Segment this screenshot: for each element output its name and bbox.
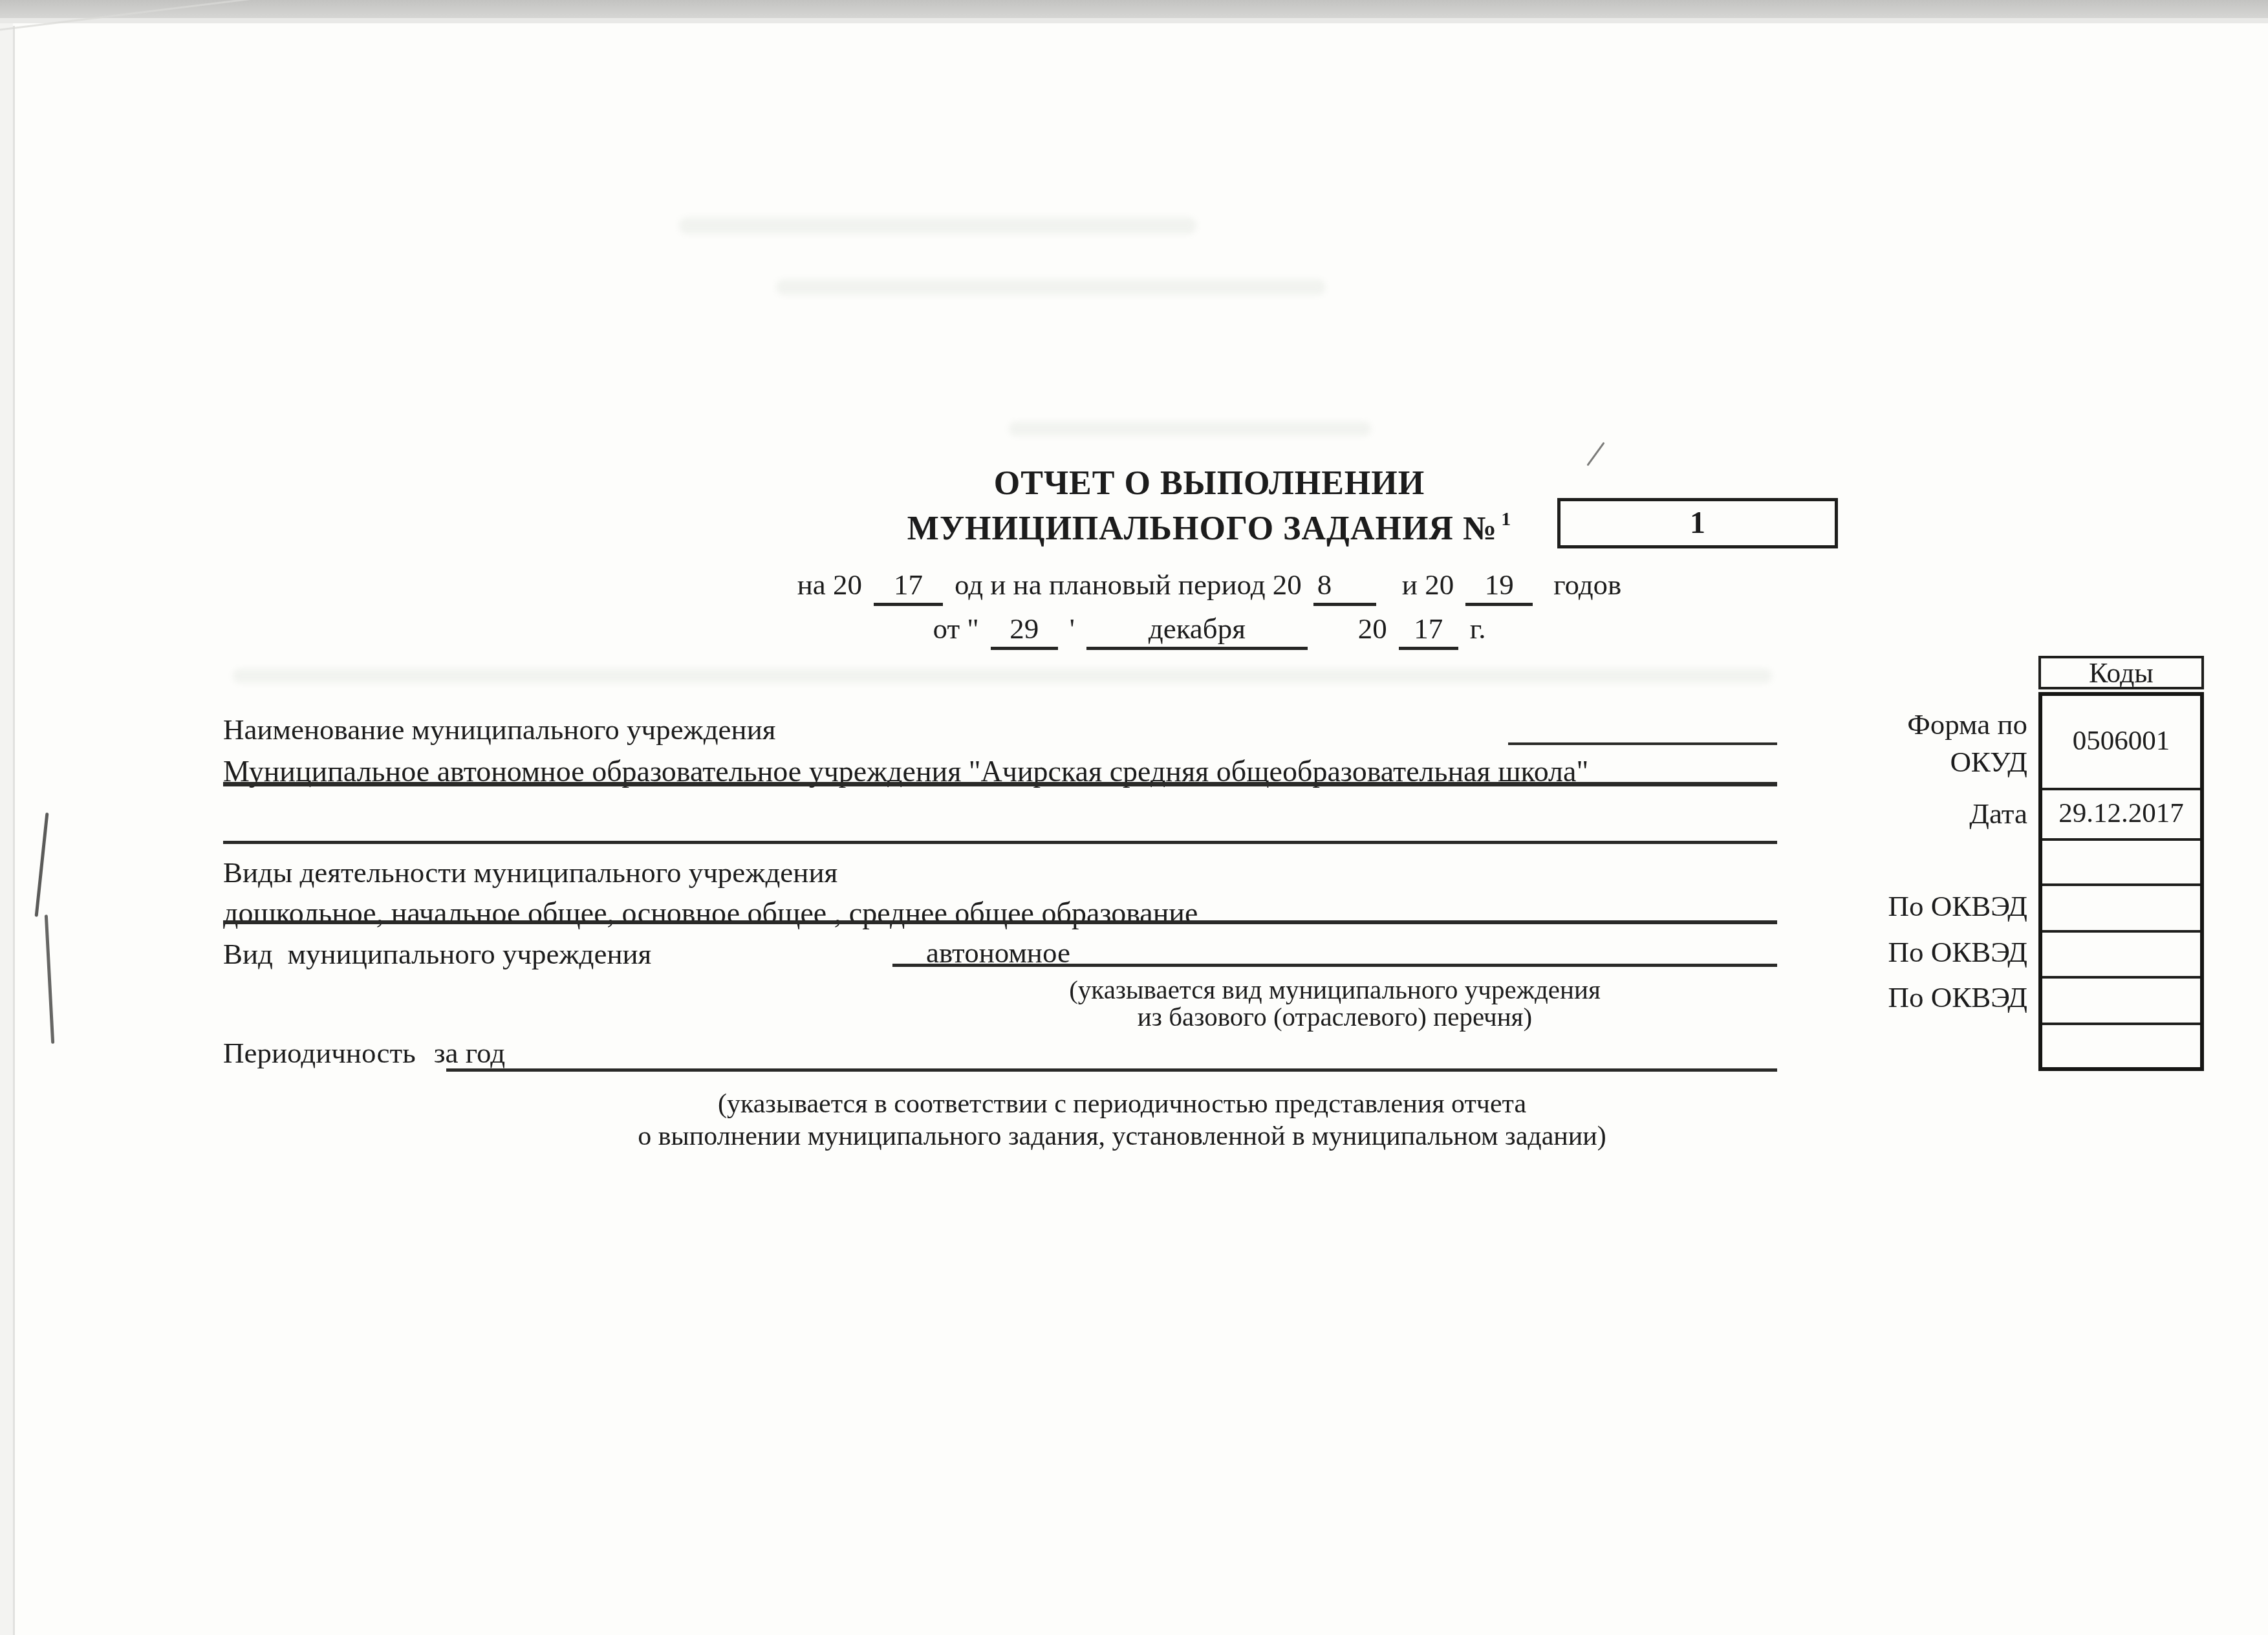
period-line: на 2017од и на плановый период 208и 2019… — [155, 568, 2263, 606]
period-middle: од и на плановый период 20 — [955, 568, 1302, 601]
ink-bleedthrough — [776, 279, 1326, 295]
paper-left-edge-line — [13, 26, 15, 1635]
periodicity-value: за год — [434, 1037, 505, 1069]
periodicity-note-line1: (указывается в соответствии с периодично… — [223, 1088, 2021, 1120]
period-and: и 20 — [1402, 568, 1454, 601]
ink-bleedthrough — [1009, 422, 1371, 436]
codes-column: 0506001 29.12.2017 — [2038, 692, 2204, 1071]
period-prefix: на 20 — [797, 568, 862, 601]
date-year-prefix: 20 — [1358, 612, 1387, 645]
period-year3: 19 — [1485, 568, 1514, 601]
institution-name-label: Наименование муниципального учреждения — [223, 713, 775, 746]
paper-left-margin-shadow — [0, 23, 13, 1635]
period-year3-blank: 19 — [1465, 568, 1533, 606]
activity-underline — [223, 920, 1777, 924]
date-suffix: г. — [1470, 612, 1486, 645]
footnote-superscript: 1 — [1501, 508, 1511, 530]
staple-mark — [45, 915, 54, 1044]
type-note-line1: (указывается вид муниципального учрежден… — [892, 974, 1777, 1005]
empty-code-cell — [2042, 838, 2200, 883]
report-title-text1: ОТЧЕТ О ВЫПОЛНЕНИИ — [994, 465, 1425, 502]
periodicity-row: Периодичностьза год — [223, 1036, 505, 1070]
codes-header-text: Коды — [2089, 657, 2154, 689]
date-year-blank: 17 — [1399, 612, 1458, 650]
staple-mark — [35, 812, 49, 917]
period-year2-blank: 8 — [1313, 568, 1376, 606]
scanner-edge-band — [0, 0, 2268, 18]
periodicity-underline — [446, 1068, 1777, 1072]
activity-value: дошкольное, начальное общее, основное об… — [223, 896, 1198, 930]
period-suffix: годов — [1553, 568, 1621, 601]
date-code-cell: 29.12.2017 — [2042, 788, 2200, 838]
date-line: от "29'декабря2017г. — [155, 612, 2263, 650]
date-quote-mark: ' — [1070, 612, 1075, 645]
stray-pen-mark — [1586, 442, 1604, 466]
date-day-blank: 29 — [991, 612, 1058, 650]
date-month-blank: декабря — [1086, 612, 1308, 650]
date-month: декабря — [1149, 612, 1246, 645]
institution-type-label: Вид муниципального учреждения — [223, 937, 651, 971]
ink-bleedthrough — [679, 217, 1196, 234]
activity-label: Виды деятельности муниципального учрежде… — [223, 856, 837, 889]
periodicity-label: Периодичность — [223, 1037, 416, 1069]
okved-label-3: По ОКВЭД — [1888, 980, 2027, 1014]
period-year1: 17 — [894, 568, 923, 601]
okud-label-line2: ОКУД — [1950, 745, 2027, 779]
task-number-box: 1 — [1557, 498, 1838, 548]
report-title-line1: ОТЧЕТ О ВЫПОЛНЕНИИ — [155, 464, 2263, 503]
empty-code-cell-bottom — [2042, 1023, 2200, 1067]
task-number-value: 1 — [1690, 506, 1705, 540]
name-blank-line — [1508, 742, 1777, 745]
date-day: 29 — [1010, 612, 1039, 645]
name-underline — [223, 782, 1777, 786]
okved-label-1: По ОКВЭД — [1888, 889, 2027, 923]
scanner-edge-blur — [0, 18, 2268, 23]
report-title-line2: МУНИЦИПАЛЬНОГО ЗАДАНИЯ №1 — [155, 508, 2263, 548]
date-year: 17 — [1414, 612, 1443, 645]
okud-label-line1: Форма по — [1907, 708, 2027, 741]
ink-bleedthrough — [233, 669, 1772, 683]
okved-code-cell-2 — [2042, 930, 2200, 976]
date-code-label: Дата — [1969, 797, 2027, 830]
date-prefix: от " — [933, 612, 979, 645]
period-year2: 8 — [1317, 568, 1332, 601]
empty-field-line — [223, 841, 1777, 844]
okud-code-cell: 0506001 — [2042, 696, 2200, 788]
codes-header-box: Коды — [2038, 656, 2204, 689]
type-note-line2: из базового (отраслевого) перечня) — [892, 1001, 1777, 1032]
okved-label-2: По ОКВЭД — [1888, 935, 2027, 969]
report-title-text2: МУНИЦИПАЛЬНОГО ЗАДАНИЯ № — [907, 510, 1497, 547]
scanned-report-page: ОТЧЕТ О ВЫПОЛНЕНИИ МУНИЦИПАЛЬНОГО ЗАДАНИ… — [0, 0, 2268, 1635]
period-year1-blank: 17 — [874, 568, 943, 606]
okved-code-cell-1 — [2042, 883, 2200, 930]
periodicity-note-line2: о выполнении муниципального задания, уст… — [223, 1121, 2021, 1152]
okved-code-cell-3 — [2042, 976, 2200, 1023]
type-underline — [892, 964, 1777, 967]
